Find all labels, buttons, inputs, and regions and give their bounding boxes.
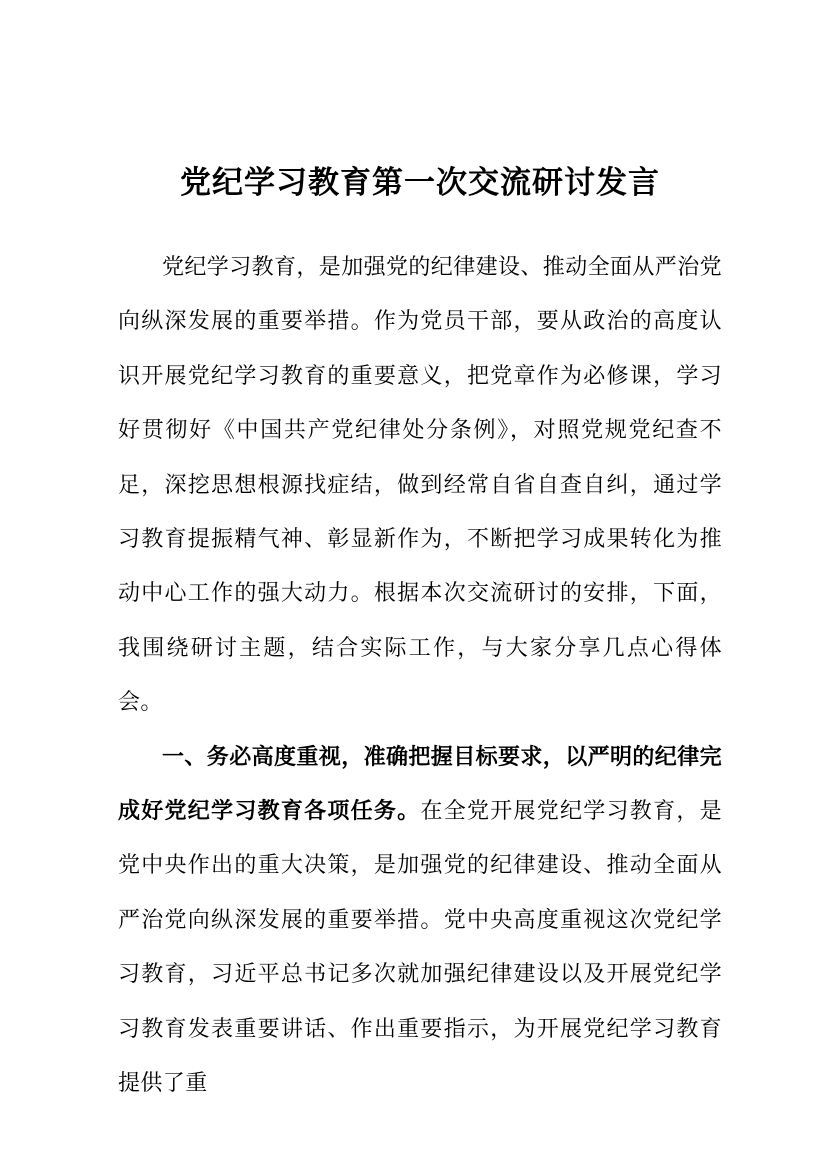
document-page: 党纪学习教育第一次交流研讨发言 党纪学习教育，是加强党的纪律建设、推动全面从严治… (0, 0, 826, 1169)
document-title: 党纪学习教育第一次交流研讨发言 (118, 156, 722, 210)
paragraph: 一、务必高度重视，准确把握目标要求，以严明的纪律完成好党纪学习教育各项任务。在全… (118, 730, 722, 1111)
body-text-segment: 在全党开展党纪学习教育，是党中央作出的重大决策，是加强党的纪律建设、推动全面从严… (118, 798, 722, 1095)
paragraph: 党纪学习教育，是加强党的纪律建设、推动全面从严治党向纵深发展的重要举措。作为党员… (118, 240, 722, 730)
body-text-segment: 党纪学习教育，是加强党的纪律建设、推动全面从严治党向纵深发展的重要举措。作为党员… (118, 254, 722, 714)
document-body: 党纪学习教育，是加强党的纪律建设、推动全面从严治党向纵深发展的重要举措。作为党员… (118, 240, 722, 1111)
